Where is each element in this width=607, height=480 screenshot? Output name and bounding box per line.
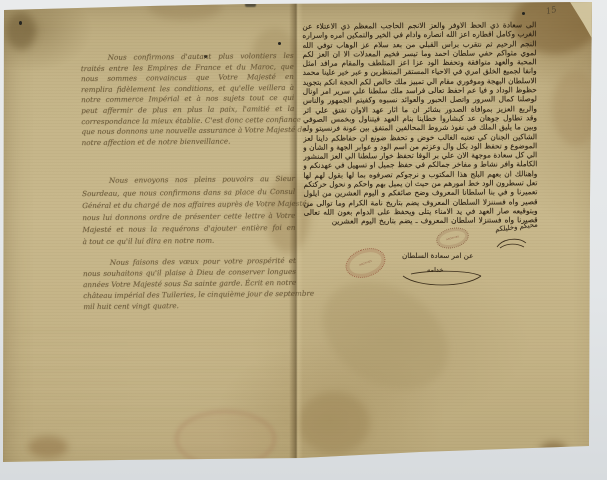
handwritten-line-french: mil huit cent vingt quatre. <box>83 299 296 312</box>
center-fold <box>289 0 303 480</box>
archive-stamp-text: ARCHIVES <box>446 235 459 241</box>
stain <box>6 12 36 50</box>
ink-speck <box>19 21 22 25</box>
archive-stamp-text: ARCHIVES <box>359 259 372 266</box>
oval-flourish <box>399 268 485 288</box>
french-paragraph: Nous envoyons nos pleins pouvoirs au Sie… <box>82 173 296 248</box>
stain <box>298 392 370 454</box>
ink-speck <box>278 42 281 45</box>
scanned-document-view: Nous confirmons d'autant plus volontiers… <box>0 0 607 480</box>
handwritten-line-french: notre affection et de notre bienveillanc… <box>82 136 295 149</box>
stain <box>148 0 222 20</box>
archive-stamp: ARCHIVES <box>342 243 390 283</box>
french-letter-text: Nous confirmons d'autant plus volontiers… <box>81 51 297 313</box>
ghost-writing <box>12 330 287 450</box>
handwritten-line-french: à tout ce qu'il lui dira en notre nom. <box>83 234 296 248</box>
manuscript-paper: Nous confirmons d'autant plus volontiers… <box>0 0 607 480</box>
arabic-by-order-note: عن امر سعادة السلطان <box>402 251 473 260</box>
signature-flourish <box>495 236 529 250</box>
ink-speck <box>522 12 525 15</box>
edge-notch <box>245 1 256 7</box>
stain <box>552 70 600 146</box>
french-paragraph: Nous faisons des vœux pour votre prospér… <box>83 254 297 312</box>
arabic-letter-text: الى سعادة ذي الحظ الاوفر والعز الانجم ال… <box>302 20 537 226</box>
archive-stamp: ARCHIVES <box>434 224 471 251</box>
stain <box>540 442 567 459</box>
french-paragraph: Nous confirmons d'autant plus volontiers… <box>81 51 295 149</box>
handwritten-line-french: que nous donnons une nouvelle assurance … <box>81 125 294 138</box>
